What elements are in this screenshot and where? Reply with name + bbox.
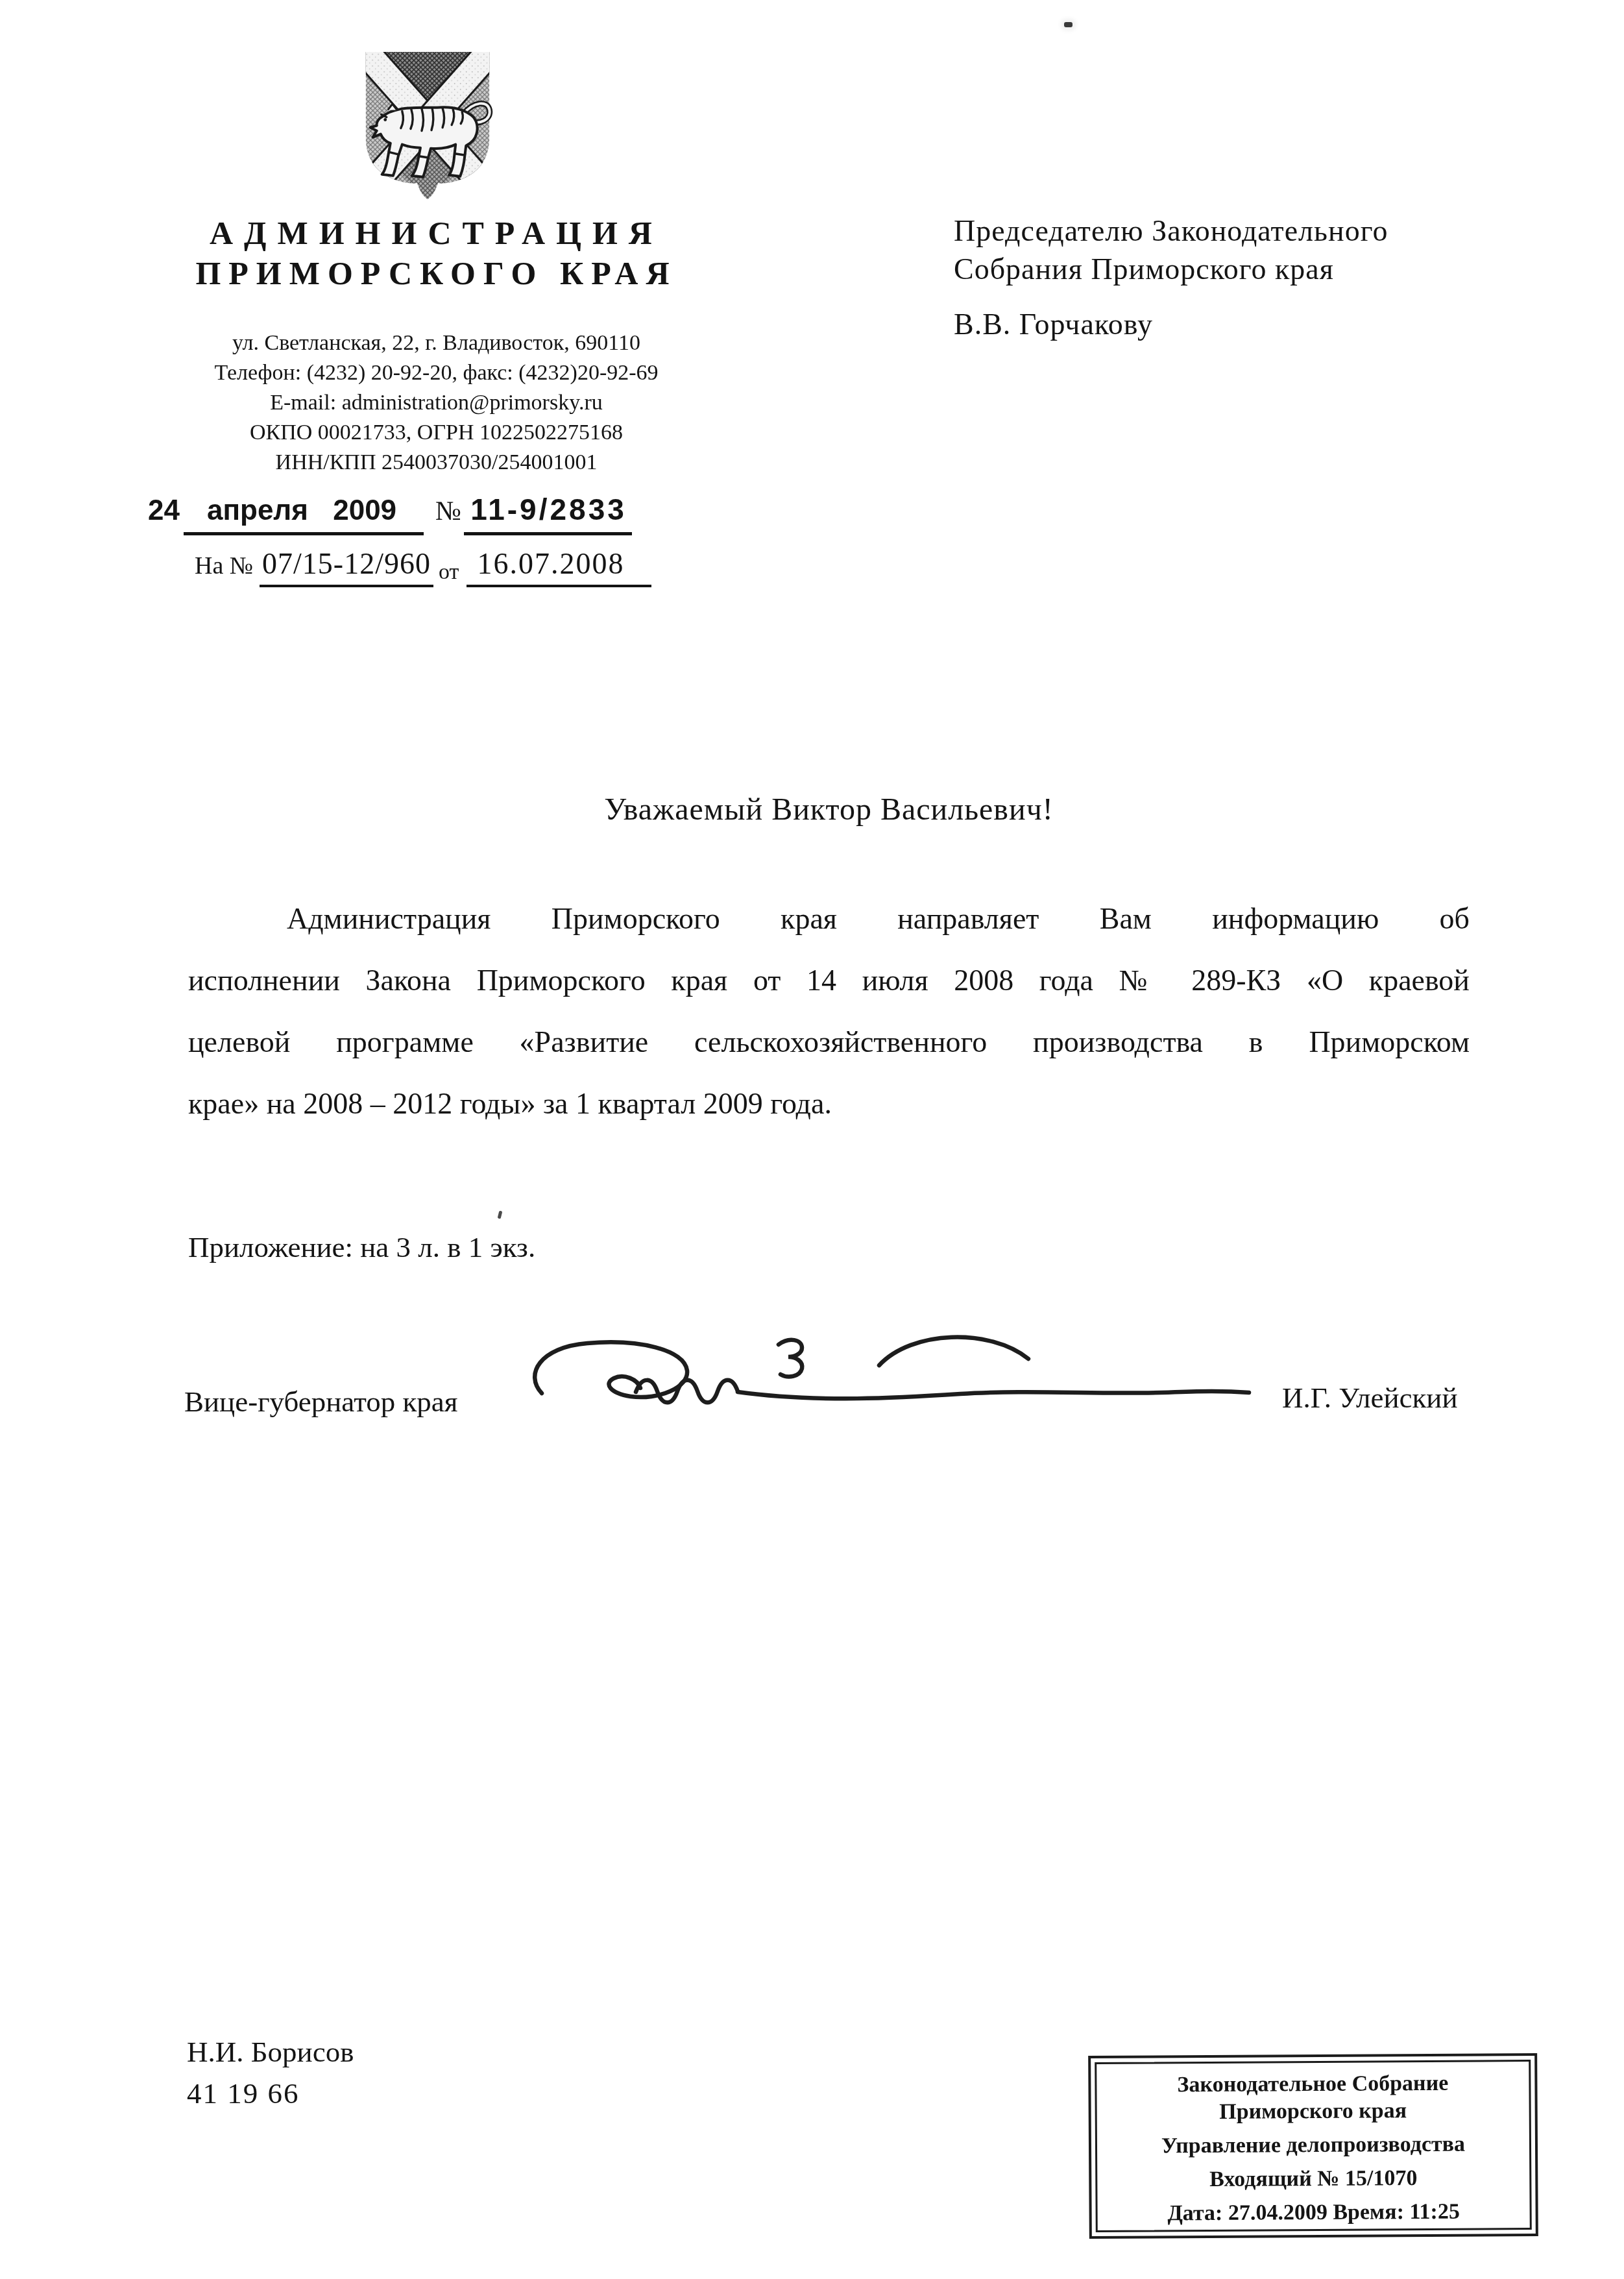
outgoing-date-underlined: апреля 2009 (184, 494, 424, 535)
stamp-inner-border: Законодательное Собрание Приморского кра… (1095, 2060, 1532, 2232)
incoming-registration-stamp: Законодательное Собрание Приморского кра… (1088, 2053, 1538, 2239)
executor-name: Н.И. Борисов (187, 2035, 354, 2069)
outgoing-number: 11-9/2833 (464, 492, 632, 535)
address-line: E-mail: administration@primorsky.ru (88, 388, 785, 418)
stamp-org-line1: Законодательное Собрание (1097, 2069, 1529, 2099)
recipient-line1: Председателю Законодательного (954, 212, 1388, 250)
address-line: ИНН/КПП 2540037030/254001001 (88, 448, 785, 478)
primorsky-krai-coat-of-arms-icon (359, 47, 496, 201)
attachment-note: Приложение: на 3 л. в 1 экз. (188, 1230, 535, 1264)
body-line: крае» на 2008 – 2012 годы» за 1 квартал … (188, 1088, 1470, 1119)
handwritten-signature (506, 1325, 1281, 1422)
reply-number: 07/15-12/960 (260, 546, 433, 587)
body-line: целевой программе «Развитие сельскохозяй… (188, 1027, 1470, 1057)
scan-artifact-dot (1064, 22, 1073, 27)
outgoing-date-day: 24 (148, 494, 180, 527)
letter-body: Администрация Приморского края направляе… (188, 903, 1470, 1150)
signer-title: Вице-губернатор края (184, 1385, 458, 1419)
reply-prefix: На № (195, 552, 253, 580)
stamp-datetime: Дата: 27.04.2009 Время: 11:25 (1098, 2198, 1530, 2228)
address-line: Телефон: (4232) 20-92-20, факс: (4232)20… (88, 358, 785, 388)
executor-phone: 41 19 66 (187, 2077, 300, 2110)
reply-reference-row: На № 07/15-12/960 от 16.07.2008 (195, 546, 651, 587)
body-line: Администрация Приморского края направляе… (188, 903, 1470, 934)
recipient-line2: Собрания Приморского края (954, 250, 1388, 288)
recipient-block: Председателю Законодательного Собрания П… (954, 212, 1388, 343)
scanned-letter-page: АДМИНИСТРАЦИЯ ПРИМОРСКОГО КРАЯ ул. Светл… (0, 0, 1624, 2279)
recipient-name: В.В. Горчакову (954, 305, 1388, 343)
org-name-line1: АДМИНИСТРАЦИЯ (88, 213, 785, 253)
org-name-line2: ПРИМОРСКОГО КРАЯ (88, 253, 785, 293)
scan-artifact-speck (498, 1211, 503, 1219)
signer-name: И.Г. Улейский (1282, 1381, 1457, 1415)
stamp-incoming-number: Входящий № 15/1070 (1097, 2164, 1529, 2194)
stamp-department: Управление делопроизводства (1097, 2130, 1529, 2160)
stamp-org-line2: Приморского края (1097, 2097, 1529, 2127)
salutation: Уважаемый Виктор Васильевич! (188, 792, 1470, 827)
address-line: ул. Светланская, 22, г. Владивосток, 690… (88, 328, 785, 358)
address-line: ОКПО 00021733, ОГРН 1022502275168 (88, 418, 785, 448)
letterhead: АДМИНИСТРАЦИЯ ПРИМОРСКОГО КРАЯ ул. Светл… (88, 213, 785, 478)
body-line: исполнении Закона Приморского края от 14… (188, 965, 1470, 995)
reply-date: 16.07.2008 (467, 546, 651, 587)
outgoing-reference-row: 24 апреля 2009 № 11-9/2833 (148, 492, 632, 535)
reply-from-word: от (439, 560, 459, 585)
number-sign: № (435, 496, 461, 527)
org-address-block: ул. Светланская, 22, г. Владивосток, 690… (88, 328, 785, 478)
